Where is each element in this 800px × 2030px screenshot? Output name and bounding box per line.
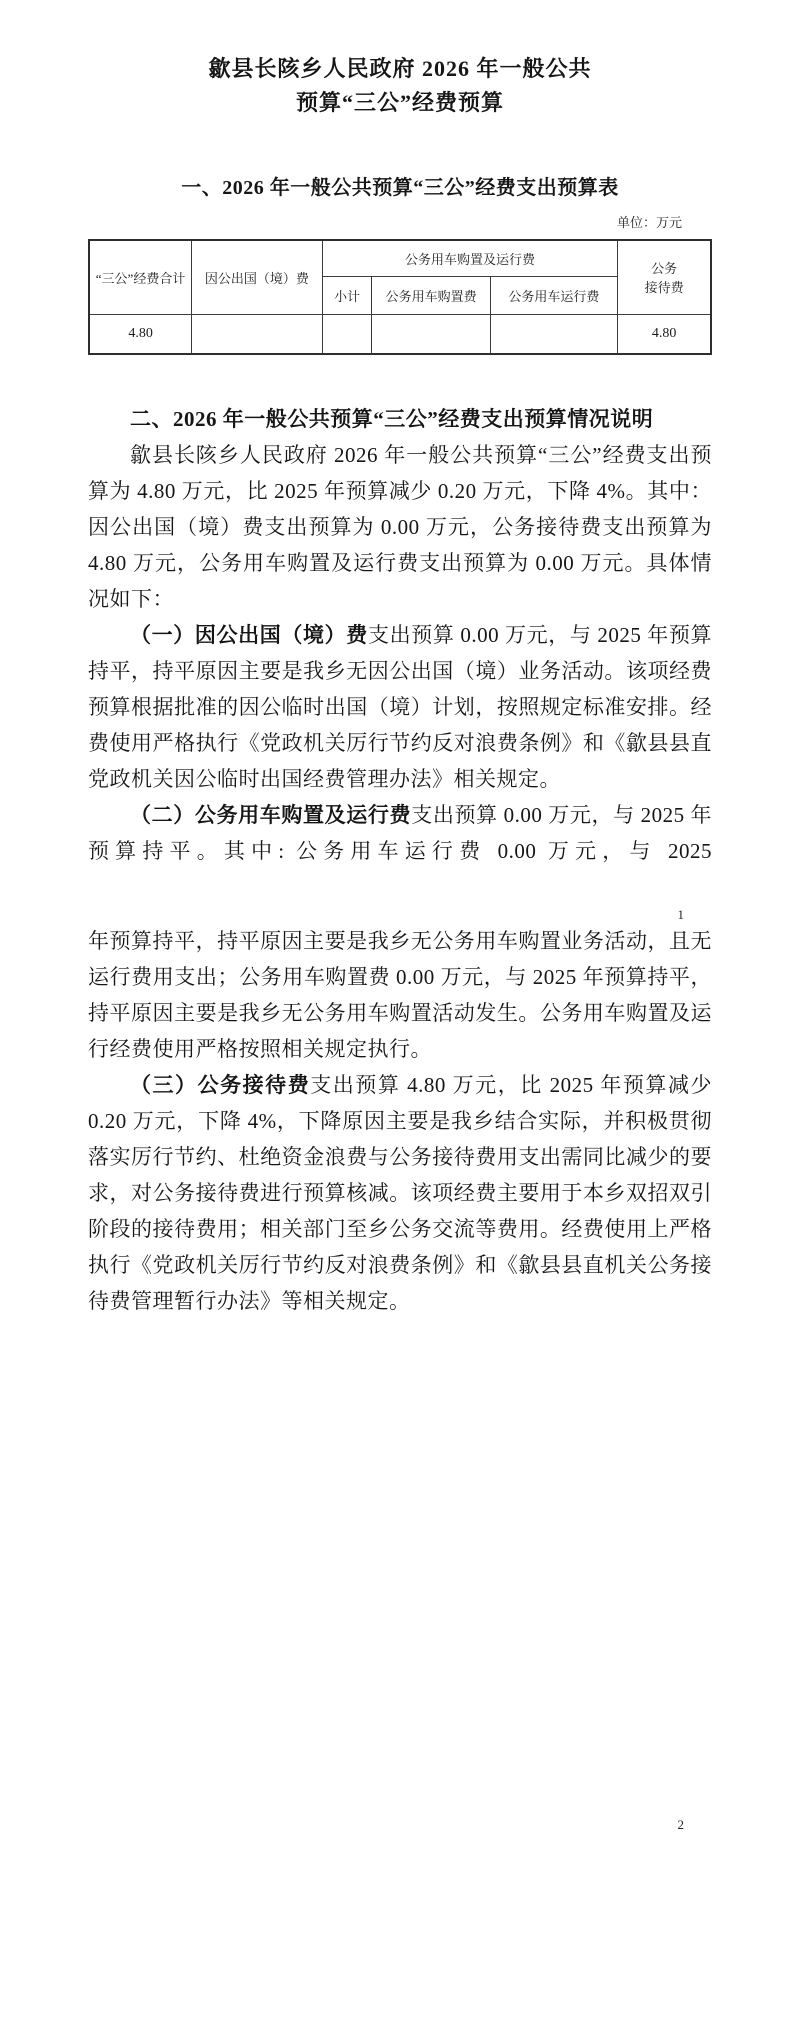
col-header-vehicle-subtotal: 小计 <box>322 276 372 314</box>
paragraph-item3: （三）公务接待费支出预算 4.80 万元，比 2025 年预算减少 0.20 万… <box>88 1067 712 1319</box>
cell-vehicle-purchase <box>372 314 490 354</box>
col-header-reception-line2: 接待费 <box>645 280 684 295</box>
col-header-vehicle-purchase: 公务用车购置费 <box>372 276 490 314</box>
paragraph-intro: 歙县长陔乡人民政府 2026 年一般公共预算“三公”经费支出预算为 4.80 万… <box>88 437 712 617</box>
paragraph-item2-page1: （二）公务用车购置及运行费支出预算 0.00 万元，与 2025 年预算持平。其… <box>88 797 712 869</box>
section2-heading: 二、2026 年一般公共预算“三公”经费支出预算情况说明 <box>88 401 712 437</box>
paragraph-item3-lead: （三）公务接待费 <box>130 1073 310 1097</box>
table-unit-label: 单位：万元 <box>88 212 712 231</box>
document-title-line2: 预算“三公”经费预算 <box>88 86 712 120</box>
document-title: 歙县长陔乡人民政府 2026 年一般公共 预算“三公”经费预算 <box>88 52 712 120</box>
document-title-line1: 歙县长陔乡人民政府 2026 年一般公共 <box>88 52 712 86</box>
paragraph-item3-text: 支出预算 4.80 万元，比 2025 年预算减少 0.20 万元，下降 4%，… <box>88 1073 712 1313</box>
col-header-reception-line1: 公务 <box>651 261 677 276</box>
table-header-row-1: “三公”经费合计 因公出国（境）费 公务用车购置及运行费 公务接待费 <box>89 240 711 276</box>
paragraph-item1: （一）因公出国（境）费支出预算 0.00 万元，与 2025 年预算持平，持平原… <box>88 617 712 797</box>
budget-table-header: “三公”经费合计 因公出国（境）费 公务用车购置及运行费 公务接待费 小计 公务… <box>89 240 711 314</box>
col-header-vehicle-group: 公务用车购置及运行费 <box>322 240 617 276</box>
cell-vehicle-subtotal <box>322 314 372 354</box>
col-header-abroad: 因公出国（境）费 <box>192 240 323 314</box>
paragraph-item1-text: 支出预算 0.00 万元，与 2025 年预算持平，持平原因主要是我乡无因公出国… <box>88 623 712 791</box>
page-number-1: 1 <box>88 907 712 923</box>
paragraph-item2-page2: 年预算持平，持平原因主要是我乡无公务用车购置业务活动，且无运行费用支出；公务用车… <box>88 923 712 1067</box>
table-data-row: 4.80 4.80 <box>89 314 711 354</box>
paragraph-item1-lead: （一）因公出国（境）费 <box>130 623 368 647</box>
cell-vehicle-operation <box>490 314 618 354</box>
col-header-reception: 公务接待费 <box>618 240 711 314</box>
section1-heading: 一、2026 年一般公共预算“三公”经费支出预算表 <box>88 174 712 202</box>
col-header-vehicle-operation: 公务用车运行费 <box>490 276 618 314</box>
col-header-total: “三公”经费合计 <box>89 240 192 314</box>
cell-reception: 4.80 <box>618 314 711 354</box>
cell-abroad <box>192 314 323 354</box>
paragraph-item2-lead: （二）公务用车购置及运行费 <box>130 803 411 827</box>
page-number-2: 2 <box>88 1817 712 1833</box>
budget-table: “三公”经费合计 因公出国（境）费 公务用车购置及运行费 公务接待费 小计 公务… <box>88 239 712 355</box>
cell-total: 4.80 <box>89 314 192 354</box>
document-page: 歙县长陔乡人民政府 2026 年一般公共 预算“三公”经费预算 一、2026 年… <box>0 0 800 2030</box>
